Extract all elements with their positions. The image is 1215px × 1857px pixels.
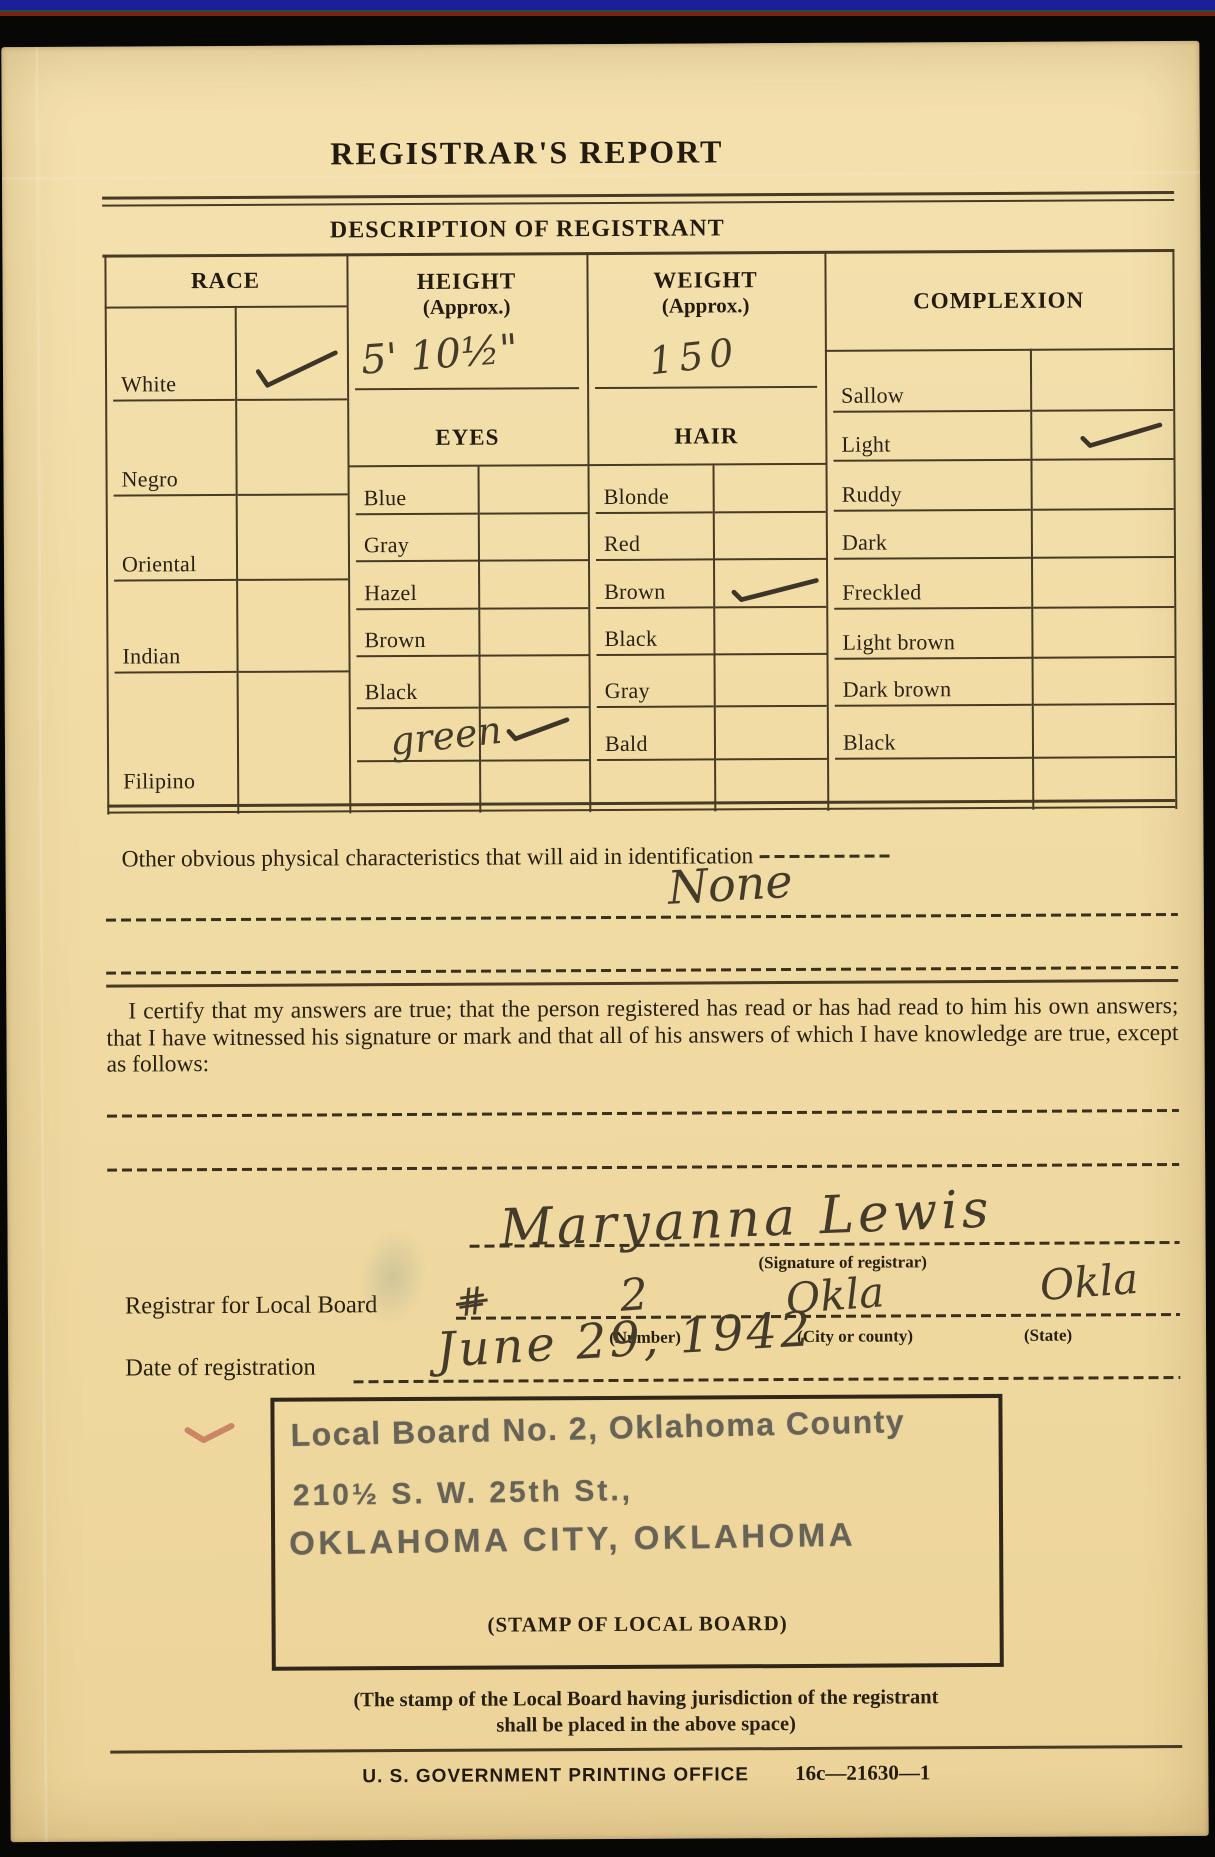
complexion-check-cell-light-brown [1033, 624, 1174, 659]
hair-brown-checkmark [724, 575, 826, 606]
stamp-note-line1: (The stamp of the Local Board having jur… [110, 1685, 1182, 1714]
hair-check-cell-bald [716, 726, 827, 761]
complexion-option-light-brown: Light brown [834, 625, 1031, 660]
stamp-address-line: 210½ S. W. 25th St., [293, 1474, 634, 1513]
certification-paragraph: I certify that my answers are true; that… [106, 993, 1178, 1078]
race-option-oriental: Oriental [114, 547, 236, 582]
complexion-option-black: Black [835, 725, 1032, 760]
complexion-check-cell-freckled [1033, 574, 1174, 609]
footer-rule [110, 1745, 1182, 1754]
race-check-cell-oriental [238, 546, 348, 581]
state-caption: (State) [993, 1325, 1103, 1346]
paper-crease [35, 47, 47, 1842]
eyes-option-brown: Brown [356, 623, 478, 658]
complexion-light-checkmark [1075, 419, 1167, 451]
complexion-option-light: Light [833, 427, 1030, 462]
race-option-negro: Negro [113, 462, 235, 497]
eyes-option-black: Black [357, 675, 479, 710]
eyes-header: EYES [347, 424, 587, 467]
complexion-option-ruddy: Ruddy [834, 477, 1031, 512]
eyes-option-hazel: Hazel [356, 576, 478, 611]
table-top-rule [102, 249, 1174, 258]
date-line [353, 1376, 1180, 1383]
race-option-white: White [113, 367, 235, 402]
double-rule-top [102, 191, 1174, 200]
complexion-check-cell-ruddy [1033, 476, 1174, 511]
hair-check-cell-black [715, 621, 826, 656]
date-of-registration-label: Date of registration [125, 1354, 316, 1383]
complexion-check-cell-sallow [1032, 377, 1173, 412]
height-subheader: (Approx.) [347, 294, 587, 320]
write-in-line [106, 913, 1178, 922]
red-pencil-mark [183, 1418, 235, 1448]
complexion-header: COMPLEXION [825, 287, 1173, 315]
write-in-line [107, 1109, 1179, 1118]
section-rule [106, 979, 1178, 988]
race-white-checkmark [249, 343, 341, 393]
board-state-handwriting: Okla [1038, 1258, 1139, 1307]
hair-option-red: Red [596, 526, 713, 561]
complexion-option-dark-brown: Dark brown [835, 672, 1032, 707]
eyes-option-gray: Gray [356, 528, 478, 563]
board-number-prefix-handwriting: # [453, 1281, 490, 1323]
eyes-check-cell-brown [480, 622, 588, 657]
hair-check-cell-red [715, 526, 826, 561]
weight-header: WEIGHT [586, 267, 824, 294]
weight-subheader: (Approx.) [587, 293, 825, 319]
form-code: 16c—21630—1 [795, 1760, 930, 1785]
footer: U. S. GOVERNMENT PRINTING OFFICE 16c—216… [110, 1759, 1182, 1790]
complexion-option-dark: Dark [834, 525, 1031, 560]
table-bottom-rule2 [107, 806, 1175, 814]
complexion-option-freckled: Freckled [834, 575, 1031, 610]
hair-option-black: Black [596, 621, 713, 656]
hair-option-brown: Brown [596, 574, 713, 609]
scanned-registration-card: REGISTRAR'S REPORT DESCRIPTION OF REGIST… [0, 0, 1215, 1857]
double-rule-bottom [102, 199, 1174, 207]
page-title: REGISTRAR'S REPORT [102, 132, 952, 173]
eyes-option-blue: Blue [356, 481, 478, 516]
date-handwriting: June 29, 1942 [435, 1305, 815, 1375]
eyes-check-cell-black [481, 674, 589, 709]
write-in-line [107, 1163, 1179, 1172]
hair-option-bald: Bald [597, 726, 714, 761]
local-board-label: Registrar for Local Board [125, 1291, 378, 1320]
eyes-check-cell-gray [480, 527, 588, 562]
height-value-line [355, 387, 579, 390]
hair-check-cell-blonde [715, 479, 826, 514]
scan-edge-blue-band [0, 0, 1215, 10]
race-check-cell-indian [238, 638, 348, 673]
complexion-header-rule [825, 348, 1173, 352]
section-title: DESCRIPTION OF REGISTRANT [102, 214, 952, 245]
other-characteristics-label: Other obvious physical characteristics t… [105, 841, 1177, 874]
hair-header: HAIR [587, 423, 825, 466]
eyes-green-checkmark [503, 714, 575, 744]
eyes-check-cell-blue [480, 480, 588, 515]
complexion-check-cell-dark [1033, 524, 1174, 559]
printing-office-label: U. S. GOVERNMENT PRINTING OFFICE [362, 1764, 749, 1787]
write-in-line [106, 966, 1178, 975]
race-check-cell-negro [237, 461, 347, 496]
weight-value-line [595, 386, 817, 389]
height-header: HEIGHT [346, 268, 586, 295]
height-value-handwriting: 5' 10½" [360, 329, 520, 381]
complexion-option-sallow: Sallow [833, 378, 1030, 413]
hair-check-cell-gray [716, 673, 827, 708]
table-border-left [104, 255, 109, 815]
other-characteristics-handwriting: None [666, 858, 793, 911]
stamp-box-caption: (STAMP OF LOCAL BOARD) [272, 1610, 1004, 1639]
race-header-rule [105, 305, 347, 308]
document-paper: REGISTRAR'S REPORT DESCRIPTION OF REGIST… [1, 41, 1208, 1842]
complexion-check-cell-dark-brown [1034, 671, 1175, 706]
scan-edge-red-line [0, 12, 1215, 16]
eyes-green-handwriting: green [388, 711, 503, 761]
weight-value-handwriting: 150 [647, 333, 741, 381]
eyes-check-cell-hazel [480, 575, 588, 610]
hair-option-blonde: Blonde [596, 479, 713, 514]
stamp-note-line2: shall be placed in the above space) [110, 1711, 1182, 1740]
hair-option-gray: Gray [597, 673, 714, 708]
col-divider-race-height [346, 253, 351, 813]
complexion-check-cell-black [1034, 724, 1175, 759]
race-option-filipino: Filipino [115, 762, 237, 797]
race-header: RACE [104, 267, 346, 294]
race-option-indian: Indian [114, 639, 236, 674]
